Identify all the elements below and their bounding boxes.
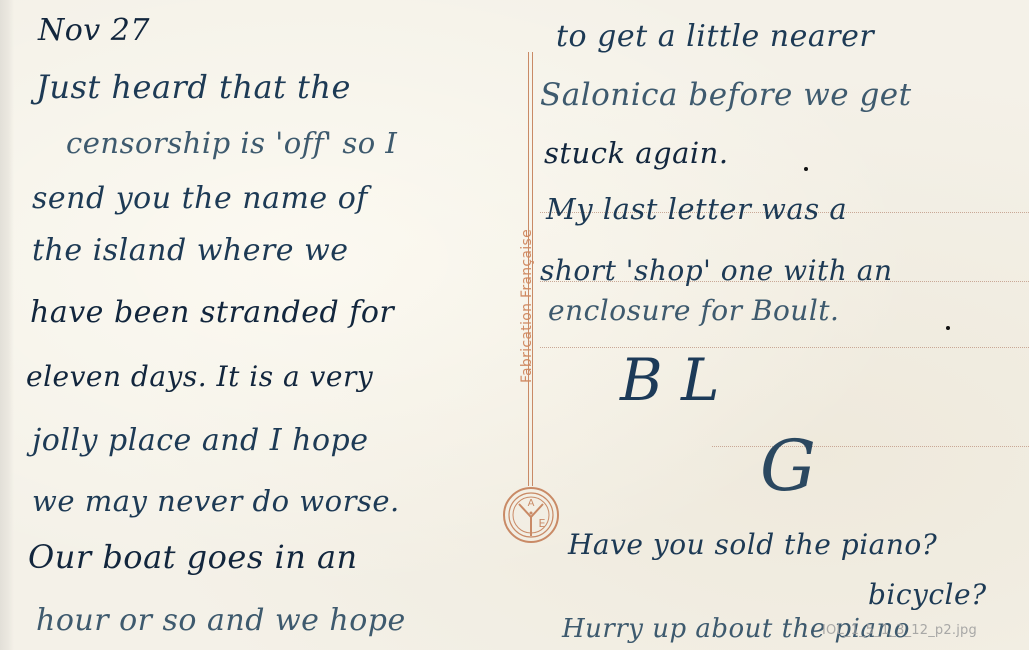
left-line-1: Just heard that the — [36, 70, 351, 104]
postcard-back: Fabrication Française A E Nov 27 Just he… — [0, 0, 1029, 650]
ink-dot — [804, 167, 808, 171]
right-line-1: to get a little nearer — [556, 20, 874, 54]
center-divider-stem — [528, 466, 533, 486]
date-line: Nov 27 — [38, 14, 150, 48]
logo-letter-e: E — [539, 517, 546, 530]
left-line-3: send you the name of — [32, 182, 368, 216]
left-line-10: hour or so and we hope — [36, 604, 406, 638]
left-line-5: have been stranded for — [30, 296, 394, 330]
right-line-2: Salonica before we get — [540, 78, 912, 112]
left-line-9: Our boat goes in an — [28, 540, 358, 574]
left-line-8: we may never do worse. — [32, 484, 400, 518]
image-filename-watermark: IOL_1_5_1_3_12_p2.jpg — [822, 623, 977, 638]
card-edge-shadow — [0, 0, 14, 650]
right-line-4: My last letter was a — [546, 192, 847, 226]
right-line-3: stuck again. — [544, 136, 729, 170]
postscript-line-1: Have you sold the piano? — [568, 528, 937, 562]
signature-flourish: G — [760, 436, 816, 496]
left-line-2: censorship is 'off' so I — [66, 126, 397, 160]
logo-letter-a: A — [528, 498, 535, 509]
right-line-5: short 'shop' one with an — [540, 254, 892, 288]
signature-initials: B L — [620, 350, 720, 410]
left-line-7: jolly place and I hope — [32, 424, 369, 458]
address-line-3 — [540, 347, 1029, 348]
left-line-4: the island where we — [32, 234, 349, 268]
postscript-line-2: bicycle? — [868, 578, 987, 612]
right-line-6: enclosure for Boult. — [548, 294, 839, 328]
ink-dot — [946, 326, 950, 330]
publisher-logo-icon: A E — [502, 486, 560, 544]
left-line-6: eleven days. It is a very — [26, 360, 373, 394]
fabrication-francaise-label: Fabrication Française — [517, 211, 537, 401]
